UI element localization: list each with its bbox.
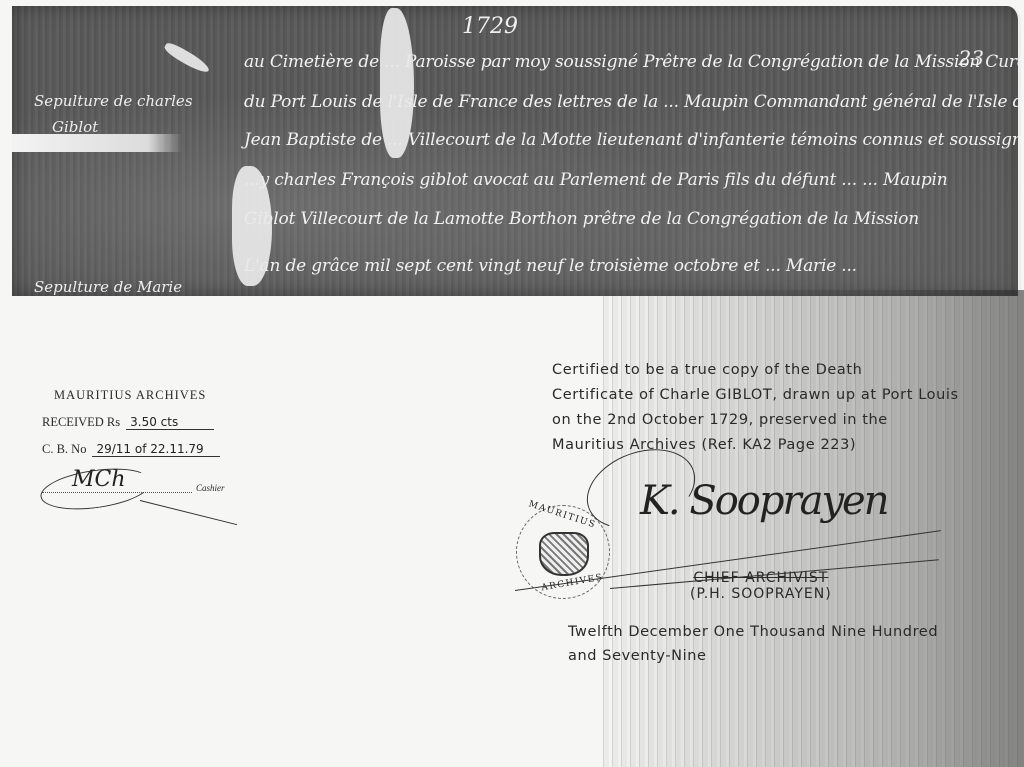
coat-of-arms-icon bbox=[539, 532, 589, 576]
register-line-1: au Cimetière de ... Paroisse par moy sou… bbox=[244, 52, 1024, 72]
ink-blot bbox=[380, 8, 414, 158]
photocopy-smear bbox=[12, 134, 182, 152]
register-line-6: L'an de grâce mil sept cent vingt neuf l… bbox=[244, 256, 857, 276]
register-line-2: du Port Louis de l'Isle de France des le… bbox=[244, 92, 1024, 112]
cert-line-2: Certificate of Charle GIBLOT, drawn up a… bbox=[552, 383, 1022, 408]
signatory-name: (P.H. SOOPRAYEN) bbox=[690, 586, 832, 602]
cb-row: C. B. No 29/11 of 22.11.79 bbox=[42, 442, 262, 457]
ink-blot bbox=[162, 40, 211, 75]
signatory-title: CHIEF ARCHIVIST bbox=[690, 570, 832, 586]
margin-note-burial-charles: Sepulture de charles bbox=[34, 92, 193, 110]
register-line-4: ...y charles François giblot avocat au P… bbox=[244, 170, 948, 190]
cb-label: C. B. No bbox=[42, 442, 86, 457]
margin-note-giblot: Giblot bbox=[52, 118, 98, 136]
signature-flourish bbox=[140, 500, 237, 525]
seal-bottom-text: ARCHIVES bbox=[541, 573, 605, 594]
signatory-block: CHIEF ARCHIVIST (P.H. SOOPRAYEN) bbox=[690, 570, 832, 602]
register-year: 1729 bbox=[462, 14, 518, 39]
ink-blot bbox=[232, 166, 272, 286]
register-line-5: Giblot Villecourt de la Lamotte Borthon … bbox=[244, 209, 919, 229]
register-line-3: Jean Baptiste de ... Villecourt de la Mo… bbox=[244, 130, 1024, 150]
certification-text: Certified to be a true copy of the Death… bbox=[552, 358, 1022, 458]
cert-line-4: Mauritius Archives (Ref. KA2 Page 223) bbox=[552, 433, 1022, 458]
cb-number: 29/11 of 22.11.79 bbox=[92, 442, 220, 457]
chief-archivist-signature: K. Sooprayen bbox=[640, 478, 887, 524]
certification-date: Twelfth December One Thousand Nine Hundr… bbox=[568, 620, 938, 668]
receipt-organization: MAURITIUS ARCHIVES bbox=[54, 388, 262, 403]
received-amount: 3.50 cts bbox=[126, 415, 214, 430]
date-line-1: Twelfth December One Thousand Nine Hundr… bbox=[568, 620, 938, 644]
received-label: RECEIVED Rs bbox=[42, 415, 120, 430]
margin-note-burial-marie: Sepulture de Marie bbox=[34, 278, 182, 296]
date-line-2: and Seventy-Nine bbox=[568, 644, 938, 668]
received-row: RECEIVED Rs 3.50 cts bbox=[42, 415, 262, 430]
cashier-label: Cashier bbox=[196, 483, 225, 493]
cert-line-1: Certified to be a true copy of the Death bbox=[552, 358, 1022, 383]
register-page-photocopy: 1729 23 Sepulture de charles Giblot Sepu… bbox=[12, 6, 1021, 296]
cert-line-3: on the 2nd October 1729, preserved in th… bbox=[552, 408, 1022, 433]
